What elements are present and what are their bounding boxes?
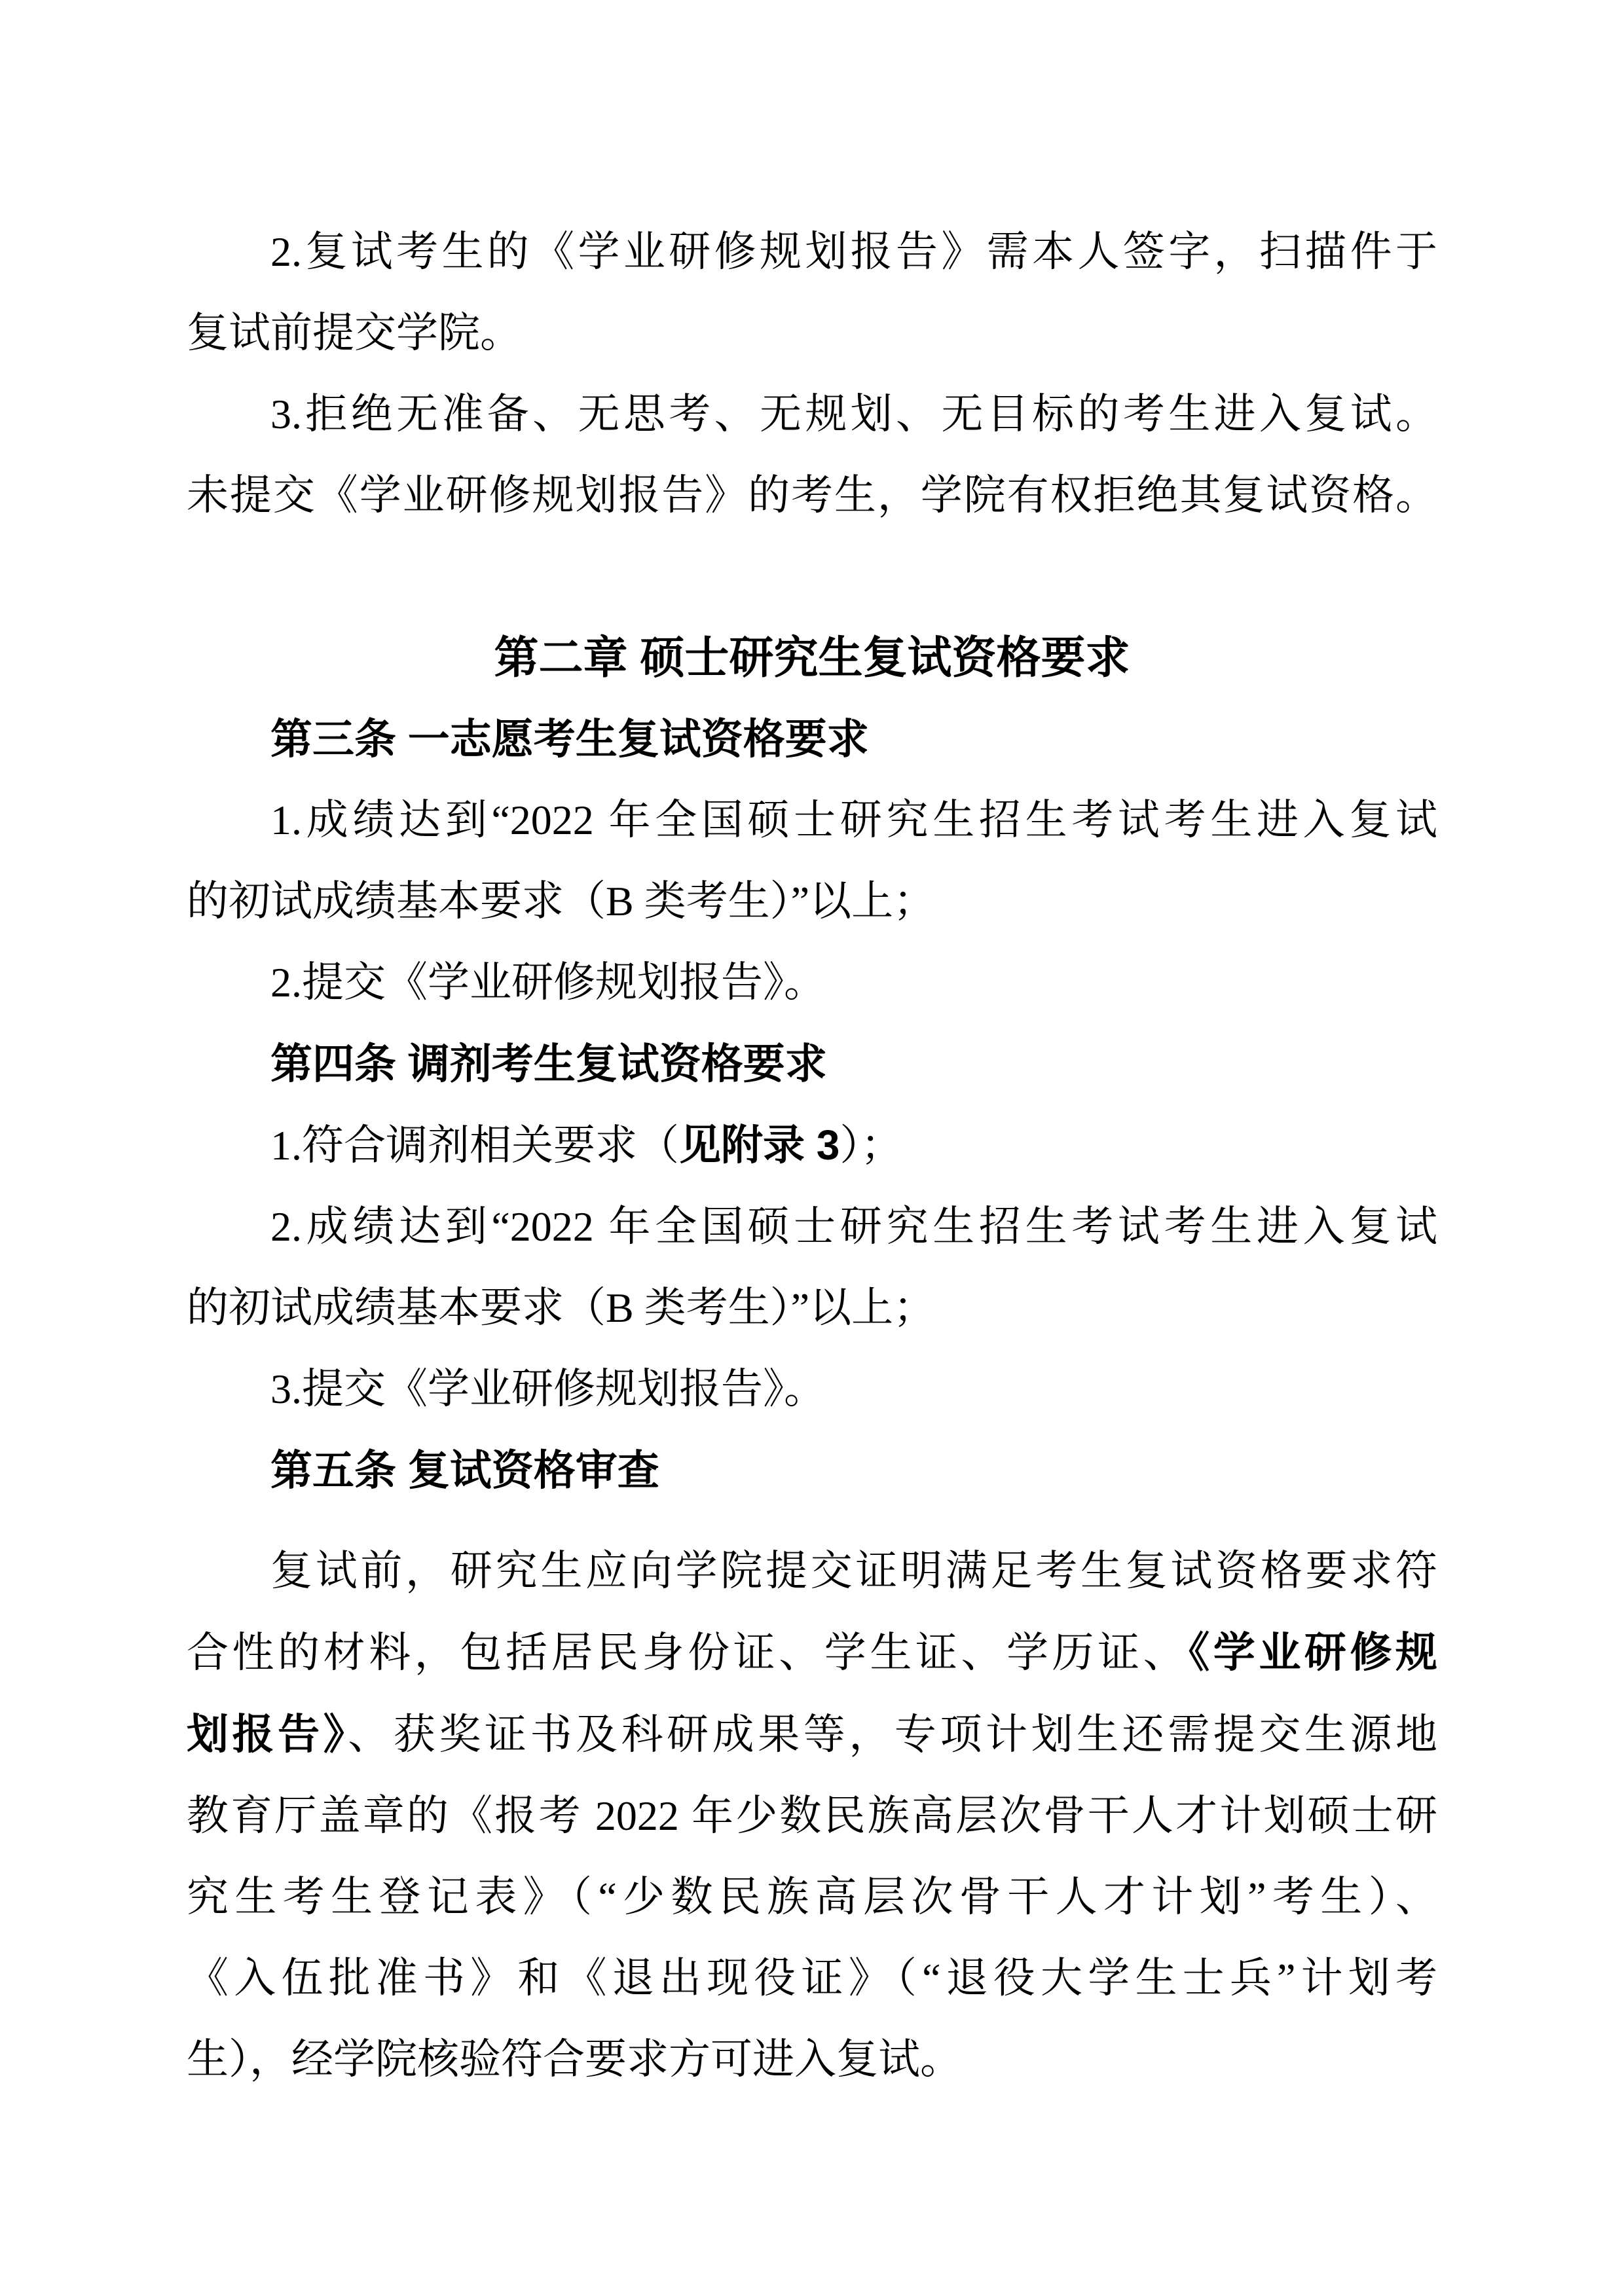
text-line: 《入伍批准书》和《退出现役证》（“退役大学生士兵”计划考 [187,1938,1437,2019]
text-line: 3.提交《学业研修规划报告》。 [187,1349,1437,1430]
text-line: 的初试成绩基本要求（B 类考生）”以上； [187,861,1437,942]
document-content: 2.复试考生的《学业研修规划报告》需本人签字，扫描件于复试前提交学院。3.拒绝无… [187,211,1437,2100]
text-line: 2.复试考生的《学业研修规划报告》需本人签字，扫描件于 [187,211,1437,293]
text-segment: 未提交《学业研修规划报告》的考生，学院有权拒绝其复试资格。 [187,472,1437,519]
text-line: 第三条 一志愿考生复试资格要求 [187,699,1437,780]
text-line: 复试前，研究生应向学院提交证明满足考生复试资格要求符 [187,1531,1437,1612]
text-segment: 的初试成绩基本要求（B 类考生）”以上； [187,878,935,924]
text-segment: 2.提交《学业研修规划报告》。 [270,959,826,1006]
text-segment: 1.成绩达到“2022 年全国硕士研究生招生考试考生进入复试 [270,797,1437,843]
text-segment: 、获奖证书及科研成果等，专项计划生还需提交生源地 [348,1711,1437,1758]
bold-text-segment: 第四条 调剂考生复试资格要求 [270,1040,827,1087]
text-line: 未提交《学业研修规划报告》的考生，学院有权拒绝其复试资格。 [187,455,1437,536]
text-line: 究生考生登记表》（“少数民族高层次骨干人才计划”考生）、 [187,1857,1437,1938]
text-segment: 《入伍批准书》和《退出现役证》（“退役大学生士兵”计划考 [187,1955,1437,2001]
text-segment: 3.拒绝无准备、无思考、无规划、无目标的考生进入复试。 [270,391,1437,437]
bold-text-segment: 第五条 复试资格审查 [270,1447,659,1494]
text-line: 1.成绩达到“2022 年全国硕士研究生招生考试考生进入复试 [187,780,1437,861]
text-segment: 2.成绩达到“2022 年全国硕士研究生招生考试考生进入复试 [270,1203,1437,1250]
text-segment: 3.提交《学业研修规划报告》。 [270,1366,826,1412]
text-line: 教育厅盖章的《报考 2022 年少数民族高层次骨干人才计划硕士研 [187,1776,1437,1857]
text-line: 第五条 复试资格审查 [187,1430,1437,1511]
text-line: 复试前提交学院。 [187,293,1437,374]
text-segment: 生），经学院核验符合要求方可进入复试。 [187,2036,962,2083]
text-line: 第二章 硕士研究生复试资格要求 [187,617,1437,699]
text-line: 3.拒绝无准备、无思考、无规划、无目标的考生进入复试。 [187,374,1437,455]
text-segment: 合性的材料，包括居民身份证、学生证、学历证、 [187,1630,1189,1676]
text-segment: 究生考生登记表》（“少数民族高层次骨干人才计划”考生）、 [187,1874,1437,1920]
text-line: 2.提交《学业研修规划报告》。 [187,942,1437,1023]
document-page: 2.复试考生的《学业研修规划报告》需本人签字，扫描件于复试前提交学院。3.拒绝无… [0,0,1624,2296]
text-line: 第四条 调剂考生复试资格要求 [187,1023,1437,1104]
bold-text-segment: 第二章 硕士研究生复试资格要求 [494,633,1130,683]
text-line: 2.成绩达到“2022 年全国硕士研究生招生考试考生进入复试 [187,1186,1437,1267]
text-segment: 2.复试考生的《学业研修规划报告》需本人签字，扫描件于 [270,228,1437,275]
text-line: 1.符合调剂相关要求（见附录 3）； [187,1104,1437,1186]
bold-text-segment: 《学业研修规 [1189,1629,1437,1676]
bold-text-segment: 第三条 一志愿考生复试资格要求 [270,716,869,763]
blank-line [187,536,1437,617]
text-line: 合性的材料，包括居民身份证、学生证、学历证、《学业研修规 [187,1612,1437,1694]
text-segment: 的初试成绩基本要求（B 类考生）”以上； [187,1285,935,1331]
text-segment: 1.符合调剂相关要求（ [270,1122,679,1169]
text-line: 划报告》、获奖证书及科研成果等，专项计划生还需提交生源地 [187,1694,1437,1776]
text-segment: ）； [840,1122,902,1169]
text-line: 的初试成绩基本要求（B 类考生）”以上； [187,1267,1437,1349]
text-segment: 教育厅盖章的《报考 2022 年少数民族高层次骨干人才计划硕士研 [187,1793,1437,1839]
text-segment: 复试前，研究生应向学院提交证明满足考生复试资格要求符 [270,1548,1437,1594]
bold-text-segment: 见附录 3 [679,1121,840,1169]
text-line: 生），经学院核验符合要求方可进入复试。 [187,2019,1437,2100]
bold-text-segment: 划报告》 [187,1711,348,1758]
text-segment: 复试前提交学院。 [187,310,522,356]
